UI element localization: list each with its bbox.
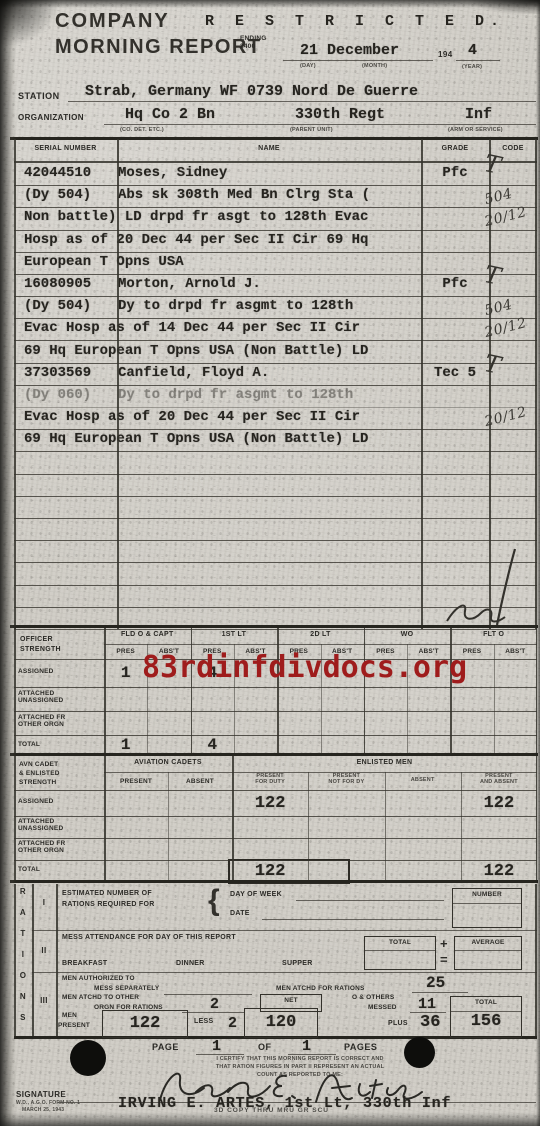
plus-value: 36 — [420, 1013, 440, 1032]
men-atchd-for-rations-value: 25 — [426, 974, 445, 992]
roster-row: 37303569Canfield, Floyd A.Tec 5T — [14, 363, 537, 386]
rations-vertical-letter: O — [14, 971, 32, 980]
roster-entry-text: Moses, Sidney — [118, 165, 227, 181]
equals-sign: = — [440, 952, 448, 967]
roster-row: (Dy 504)Dy to drpd fr asgmt to 128th504 — [14, 296, 537, 319]
officer-row-label-line: UNASSIGNED — [18, 697, 102, 704]
others-label-2: MESSED — [368, 1004, 397, 1011]
rations-vertical-letter: T — [14, 929, 32, 938]
enlisted-col-header: PRESENTFOR DUTY — [232, 773, 308, 785]
atchd-rations-underline — [412, 992, 468, 993]
roster-row — [14, 518, 537, 541]
restricted-classification: R E S T R I C T E D. — [205, 13, 505, 30]
officer-row-label-line: ATTACHED — [18, 690, 102, 697]
company-title: COMPANY — [55, 10, 170, 33]
page-number-underline — [196, 1054, 244, 1055]
pres-abst-header: ABS'T — [494, 648, 537, 655]
roster-entry-text: Evac Hosp as of 20 Dec 44 per Sec II Cir — [24, 409, 360, 425]
officer-hline — [14, 687, 537, 688]
officer-table-title-line: OFFICER — [20, 636, 53, 643]
breakfast-label: BREAKFAST — [62, 960, 107, 967]
enlisted-col-header-line: AND ABSENT — [461, 779, 537, 785]
less-label: LESS — [194, 1018, 213, 1025]
men-present-value: 122 — [103, 1014, 187, 1033]
roster-entry-text: Dy to drpd fr asgmt to 128th — [118, 298, 353, 314]
station-label: STATION — [18, 91, 60, 101]
men-present-box: 122 — [102, 1010, 188, 1038]
enlisted-subcol-line — [385, 772, 386, 882]
number-box-label: NUMBER — [453, 891, 521, 898]
others-label-1: O & OTHERS — [352, 994, 394, 1001]
roster-serial-text: 16080905 — [24, 276, 91, 292]
men-present-label-2: PRESENT — [58, 1022, 90, 1029]
officer-group-header: 2D LT — [277, 631, 364, 638]
officer-col-line — [277, 628, 279, 756]
rations-top-rule — [10, 880, 538, 883]
ending-label: ENDING — [240, 35, 266, 42]
enlisted-row-label-line: UNASSIGNED — [18, 825, 102, 832]
enlisted-row-label: TOTAL — [18, 866, 102, 873]
roster-grade-text: Tec 5 — [421, 365, 489, 381]
officer-strength-table: OFFICERSTRENGTHFLD O & CAPT1ST LT2D LTWO… — [14, 628, 537, 756]
enlisted-col-line — [232, 756, 234, 882]
enlisted-col-header-line: ABSENT — [385, 777, 461, 783]
rations-right-border — [535, 884, 537, 1038]
grand-total-rule — [451, 1011, 521, 1012]
pages-label: PAGES — [344, 1042, 377, 1052]
handwritten-flourish — [435, 545, 525, 630]
roster-serial-text: (Dy 504) — [24, 187, 91, 203]
brace-glyph: { — [208, 884, 220, 918]
officer-row-label-line: OTHER ORGN — [18, 721, 102, 728]
watermark-text: 83rdinfdivdocs.org — [142, 650, 467, 685]
officer-table-title-line: STRENGTH — [20, 646, 61, 653]
rations-est-label-1: ESTIMATED NUMBER OF — [62, 890, 152, 897]
enlisted-hline — [14, 816, 537, 817]
date-field-line — [262, 919, 444, 920]
enlisted-row-label-line: ASSIGNED — [18, 798, 102, 805]
scan-edge-bottom — [0, 1112, 540, 1126]
date-underline — [283, 60, 433, 61]
officer-col-line — [191, 628, 193, 756]
roster-header-grade: GRADE — [421, 145, 489, 152]
day-of-week-line — [296, 900, 444, 901]
roster-serial-text: 42044510 — [24, 165, 91, 181]
roster-row: 69 Hq European T Opns USA (Non Battle) L… — [14, 341, 537, 364]
year-sublabel: (YEAR) — [462, 64, 482, 70]
pres-abst-header: PRES — [104, 648, 147, 655]
men-atchd-for-rations-label: MEN ATCHD FOR RATIONS — [276, 985, 365, 992]
officer-hline — [14, 735, 537, 736]
page-number: 1 — [212, 1038, 221, 1055]
plus-sign: + — [440, 936, 448, 951]
rations-vertical-letter: N — [14, 992, 32, 1001]
officer-col-line — [450, 628, 452, 756]
rations-part-numeral: I — [32, 898, 56, 907]
enlisted-col-header-line: FOR DUTY — [232, 779, 308, 785]
cadet-col-header: PRESENT — [104, 778, 168, 785]
average-box-label: AVERAGE — [455, 939, 521, 946]
roster-serial-text: (Dy 060) — [24, 387, 91, 403]
aviation-cadets-header: AVIATION CADETS — [104, 759, 232, 766]
station-underline — [68, 101, 536, 102]
enlisted-row-label: ASSIGNED — [18, 798, 102, 805]
officer-row-label-line: ASSIGNED — [18, 668, 102, 675]
enlisted-col-header: ABSENT — [385, 777, 461, 783]
officer-group-header: FLT O — [450, 631, 537, 638]
form-number-line-1: W.D., A.G.O. FORM NO. 1 — [16, 1100, 80, 1106]
roster-serial-text: (Dy 504) — [24, 298, 91, 314]
enlisted-row-label: ATTACHEDUNASSIGNED — [18, 818, 102, 832]
overprint-stamp-text: 3D COPY THRU MRU GR SCU — [214, 1107, 329, 1114]
enlisted-row-label: ATTACHED FROTHER ORGN — [18, 840, 102, 854]
roster-row: 42044510Moses, SidneyPfcT — [14, 163, 537, 186]
roster-entry-text: Abs sk 308th Med Bn Clrg Sta ( — [118, 187, 370, 203]
less-value: 2 — [228, 1015, 237, 1032]
enlisted-col-header-line: NOT FOR DY — [308, 779, 384, 785]
enlisted-row-label-line: ATTACHED FR — [18, 840, 102, 847]
rations-vertical-letter: I — [14, 950, 32, 959]
grand-total-label: TOTAL — [451, 999, 521, 1006]
enlisted-col-line — [14, 756, 16, 882]
rations-est-label-2: RATIONS REQUIRED FOR — [62, 901, 155, 908]
men-authorized-label-2: MESS SEPARATELY — [94, 985, 159, 992]
plus-label: PLUS — [388, 1020, 408, 1027]
enlisted-table-title-line: & ENLISTED — [19, 770, 60, 777]
officer-assigned-fld-pres: 1 — [104, 664, 147, 682]
report-date: 21 December — [300, 42, 399, 59]
others-value: 11 — [418, 996, 436, 1013]
officer-row-label: TOTAL — [18, 741, 102, 748]
pages-total-underline — [288, 1054, 336, 1055]
rations-part1-rule — [32, 930, 537, 931]
officer-total-1lt-pres: 4 — [191, 736, 234, 754]
men-atchd-other-label-1: MEN ATCHD TO OTHER — [62, 994, 139, 1001]
enlisted-subcol-line — [308, 772, 309, 882]
signature-label: SIGNATURE — [16, 1090, 66, 1099]
officer-col-line — [104, 628, 106, 756]
roster-row — [14, 452, 537, 475]
average-box: AVERAGE — [454, 936, 522, 970]
punch-hole-left — [70, 1040, 106, 1076]
rations-vertical-letter: A — [14, 908, 32, 917]
ending-time: 2400 — [240, 43, 255, 50]
men-authorized-label-1: MEN AUTHORIZED TO — [62, 975, 135, 982]
roster-row: Evac Hosp as of 20 Dec 44 per Sec II Cir… — [14, 407, 537, 430]
enlisted-row-label-line: TOTAL — [18, 866, 102, 873]
dinner-label: DINNER — [176, 960, 205, 967]
rations-part-numeral: III — [32, 996, 56, 1005]
atchd-other-underline — [182, 1012, 244, 1013]
grand-total-value: 156 — [451, 1012, 521, 1031]
officer-total-fld-pres: 1 — [104, 736, 147, 754]
enlisted-col-header: PRESENTNOT FOR DY — [308, 773, 384, 785]
org-arm-value: Inf — [465, 106, 492, 123]
officer-row-label: ASSIGNED — [18, 668, 102, 675]
enlisted-hline — [14, 790, 537, 791]
enlisted-table-title-line: AVN CADET — [19, 761, 58, 768]
day-of-week-label: DAY OF WEEK — [230, 891, 282, 898]
supper-label: SUPPER — [282, 960, 313, 967]
rations-numeral-col-line — [56, 884, 58, 1038]
roster-top-rule — [10, 137, 538, 140]
roster-entry-text: 69 Hq European T Opns USA (Non Battle) L… — [24, 343, 368, 359]
roster-serial-text: 37303569 — [24, 365, 91, 381]
officer-group-header: 1ST LT — [191, 631, 278, 638]
men-atchd-other-value: 2 — [210, 996, 219, 1013]
roster-entry-text: Morton, Arnold J. — [118, 276, 261, 292]
date-field-label: DATE — [230, 910, 250, 917]
scan-corner-top-right — [470, 0, 540, 14]
enlisted-subcol-line — [461, 772, 462, 882]
roster-grade-text: Pfc — [421, 276, 489, 292]
roster-row: Evac Hosp as of 14 Dec 44 per Sec II Cir… — [14, 318, 537, 341]
enlisted-strength-table: AVN CADET& ENLISTEDSTRENGTHAVIATION CADE… — [14, 756, 537, 882]
rations-vertical-letter: S — [14, 1013, 32, 1022]
org-sublabel-2: (PARENT UNIT) — [290, 127, 333, 133]
mess-total-box: TOTAL — [364, 936, 436, 970]
rations-section: ESTIMATED NUMBER OF RATIONS REQUIRED FOR… — [14, 884, 537, 1038]
org-sublabel-3: (ARM OR SERVICE) — [448, 127, 503, 133]
roster-grade-text: Pfc — [421, 165, 489, 181]
org-unit-value: Hq Co 2 Bn — [125, 106, 215, 123]
net-label: NET — [261, 997, 321, 1004]
enlisted-table-title-line: STRENGTH — [19, 779, 56, 786]
rations-vertical-letter: R — [14, 887, 32, 896]
roster-right-border — [535, 139, 537, 629]
roster-col-line-2 — [421, 139, 423, 629]
rations-part-numeral: II — [32, 946, 56, 955]
officer-hline — [14, 711, 537, 712]
org-sublabel-1: (CO. DET. ETC.) — [120, 127, 164, 133]
officer-group-header: WO — [364, 631, 451, 638]
roster-row: Non battle) LD drpd fr asgt to 128th Eva… — [14, 207, 537, 230]
roster-left-border — [14, 139, 16, 629]
mess-separately-line — [164, 994, 252, 995]
mess-total-box-label: TOTAL — [365, 939, 435, 946]
roster-col-line-1 — [117, 139, 119, 629]
month-sublabel: (MONTH) — [362, 63, 387, 69]
station-value: Strab, Germany WF 0739 Nord De Guerre — [85, 83, 418, 100]
men-present-label-1: MEN — [62, 1012, 77, 1019]
net-value: 120 — [245, 1013, 317, 1032]
officer-row-label-line: ATTACHED FR — [18, 714, 102, 721]
officer-hline — [104, 644, 537, 645]
org-underline — [104, 124, 536, 125]
enlisted-row-label-line: ATTACHED — [18, 818, 102, 825]
roster-row: (Dy 504)Abs sk 308th Med Bn Clrg Sta (50… — [14, 185, 537, 208]
average-box-rule — [455, 950, 521, 951]
cadet-col-header: ABSENT — [168, 778, 232, 785]
page-label: PAGE — [152, 1042, 179, 1052]
roster-entry-text: Non battle) LD drpd fr asgt to 128th Eva… — [24, 209, 368, 225]
scan-corner-top-left — [0, 0, 60, 48]
enlisted-col-line — [536, 756, 538, 882]
scanned-morning-report-document: COMPANY R E S T R I C T E D. MORNING REP… — [0, 0, 540, 1126]
roster-row: Hosp as of 20 Dec 44 per Sec II Cir 69 H… — [14, 230, 537, 253]
rations-letter-col-line — [32, 884, 34, 1038]
enlisted-subcol-line — [168, 772, 169, 882]
enlisted-hline — [104, 772, 537, 773]
enlisted-col-header: PRESENTAND ABSENT — [461, 773, 537, 785]
roster-entry-text: European T Opns USA — [24, 254, 184, 270]
roster-entry-text: Evac Hosp as of 14 Dec 44 per Sec II Cir — [24, 320, 360, 336]
form-number-line-2: MARCH 25, 1943 — [22, 1107, 64, 1113]
enlisted-col-line — [104, 756, 106, 882]
roster-header-serial: SERIAL NUMBER — [14, 145, 117, 152]
org-parent-value: 330th Regt — [295, 106, 385, 123]
organization-label: ORGANIZATION — [18, 113, 84, 122]
roster-entry-text: Canfield, Floyd A. — [118, 365, 269, 381]
roster-header-name: NAME — [117, 145, 421, 152]
enlisted-men-header: ENLISTED MEN — [232, 759, 537, 766]
enlisted-hline — [14, 838, 537, 839]
grand-total-box: TOTAL 156 — [450, 996, 522, 1038]
pages-total: 1 — [302, 1038, 311, 1055]
officer-row-label: ATTACHED FROTHER ORGN — [18, 714, 102, 728]
year-digit: 4 — [468, 42, 477, 59]
enlisted-total-pa: 122 — [461, 862, 537, 881]
roster-row: European T Opns USA — [14, 252, 537, 275]
enlisted-row-label-line: OTHER ORGN — [18, 847, 102, 854]
roster-entry-text: 69 Hq European T Opns USA (Non Battle) L… — [24, 431, 368, 447]
net-value-box: 120 — [244, 1008, 318, 1038]
roster-row: 69 Hq European T Opns USA (Non Battle) L… — [14, 429, 537, 452]
roster-row — [14, 496, 537, 519]
officer-col-line — [364, 628, 366, 756]
of-label: OF — [258, 1042, 272, 1052]
enlisted-assigned-pa: 122 — [461, 794, 537, 813]
number-box-rule — [453, 903, 521, 904]
number-box: NUMBER — [452, 888, 522, 928]
officer-group-header: FLD O & CAPT — [104, 631, 191, 638]
officer-row-label-line: TOTAL — [18, 741, 102, 748]
roster-row — [14, 474, 537, 497]
enlisted-hline — [14, 860, 537, 861]
officer-row-label: ATTACHEDUNASSIGNED — [18, 690, 102, 704]
morning-report-title: MORNING REPORT — [55, 36, 262, 59]
mess-attendance-label: MESS ATTENDANCE FOR DAY OF THIS REPORT — [62, 934, 236, 941]
roster-row: (Dy 060)Dy to drpd fr asgmt to 128th — [14, 385, 537, 408]
officer-col-line — [536, 628, 538, 756]
roster-row: 16080905Morton, Arnold J.PfcT — [14, 274, 537, 297]
day-sublabel: (DAY) — [300, 63, 316, 69]
roster-entry-text: Dy to drpd fr asgmt to 128th — [118, 387, 353, 403]
officer-left-border — [14, 628, 16, 756]
mess-total-box-rule — [365, 950, 435, 951]
roster-entry-text: Hosp as of 20 Dec 44 per Sec II Cir 69 H… — [24, 232, 368, 248]
officer-subcol-line — [494, 644, 495, 756]
enlisted-assigned-pfd: 122 — [232, 794, 308, 813]
year-prefix: 194 — [438, 50, 453, 59]
scan-edge-top — [0, 0, 540, 8]
year-underline — [456, 60, 500, 61]
rations-part2-rule — [32, 972, 537, 973]
